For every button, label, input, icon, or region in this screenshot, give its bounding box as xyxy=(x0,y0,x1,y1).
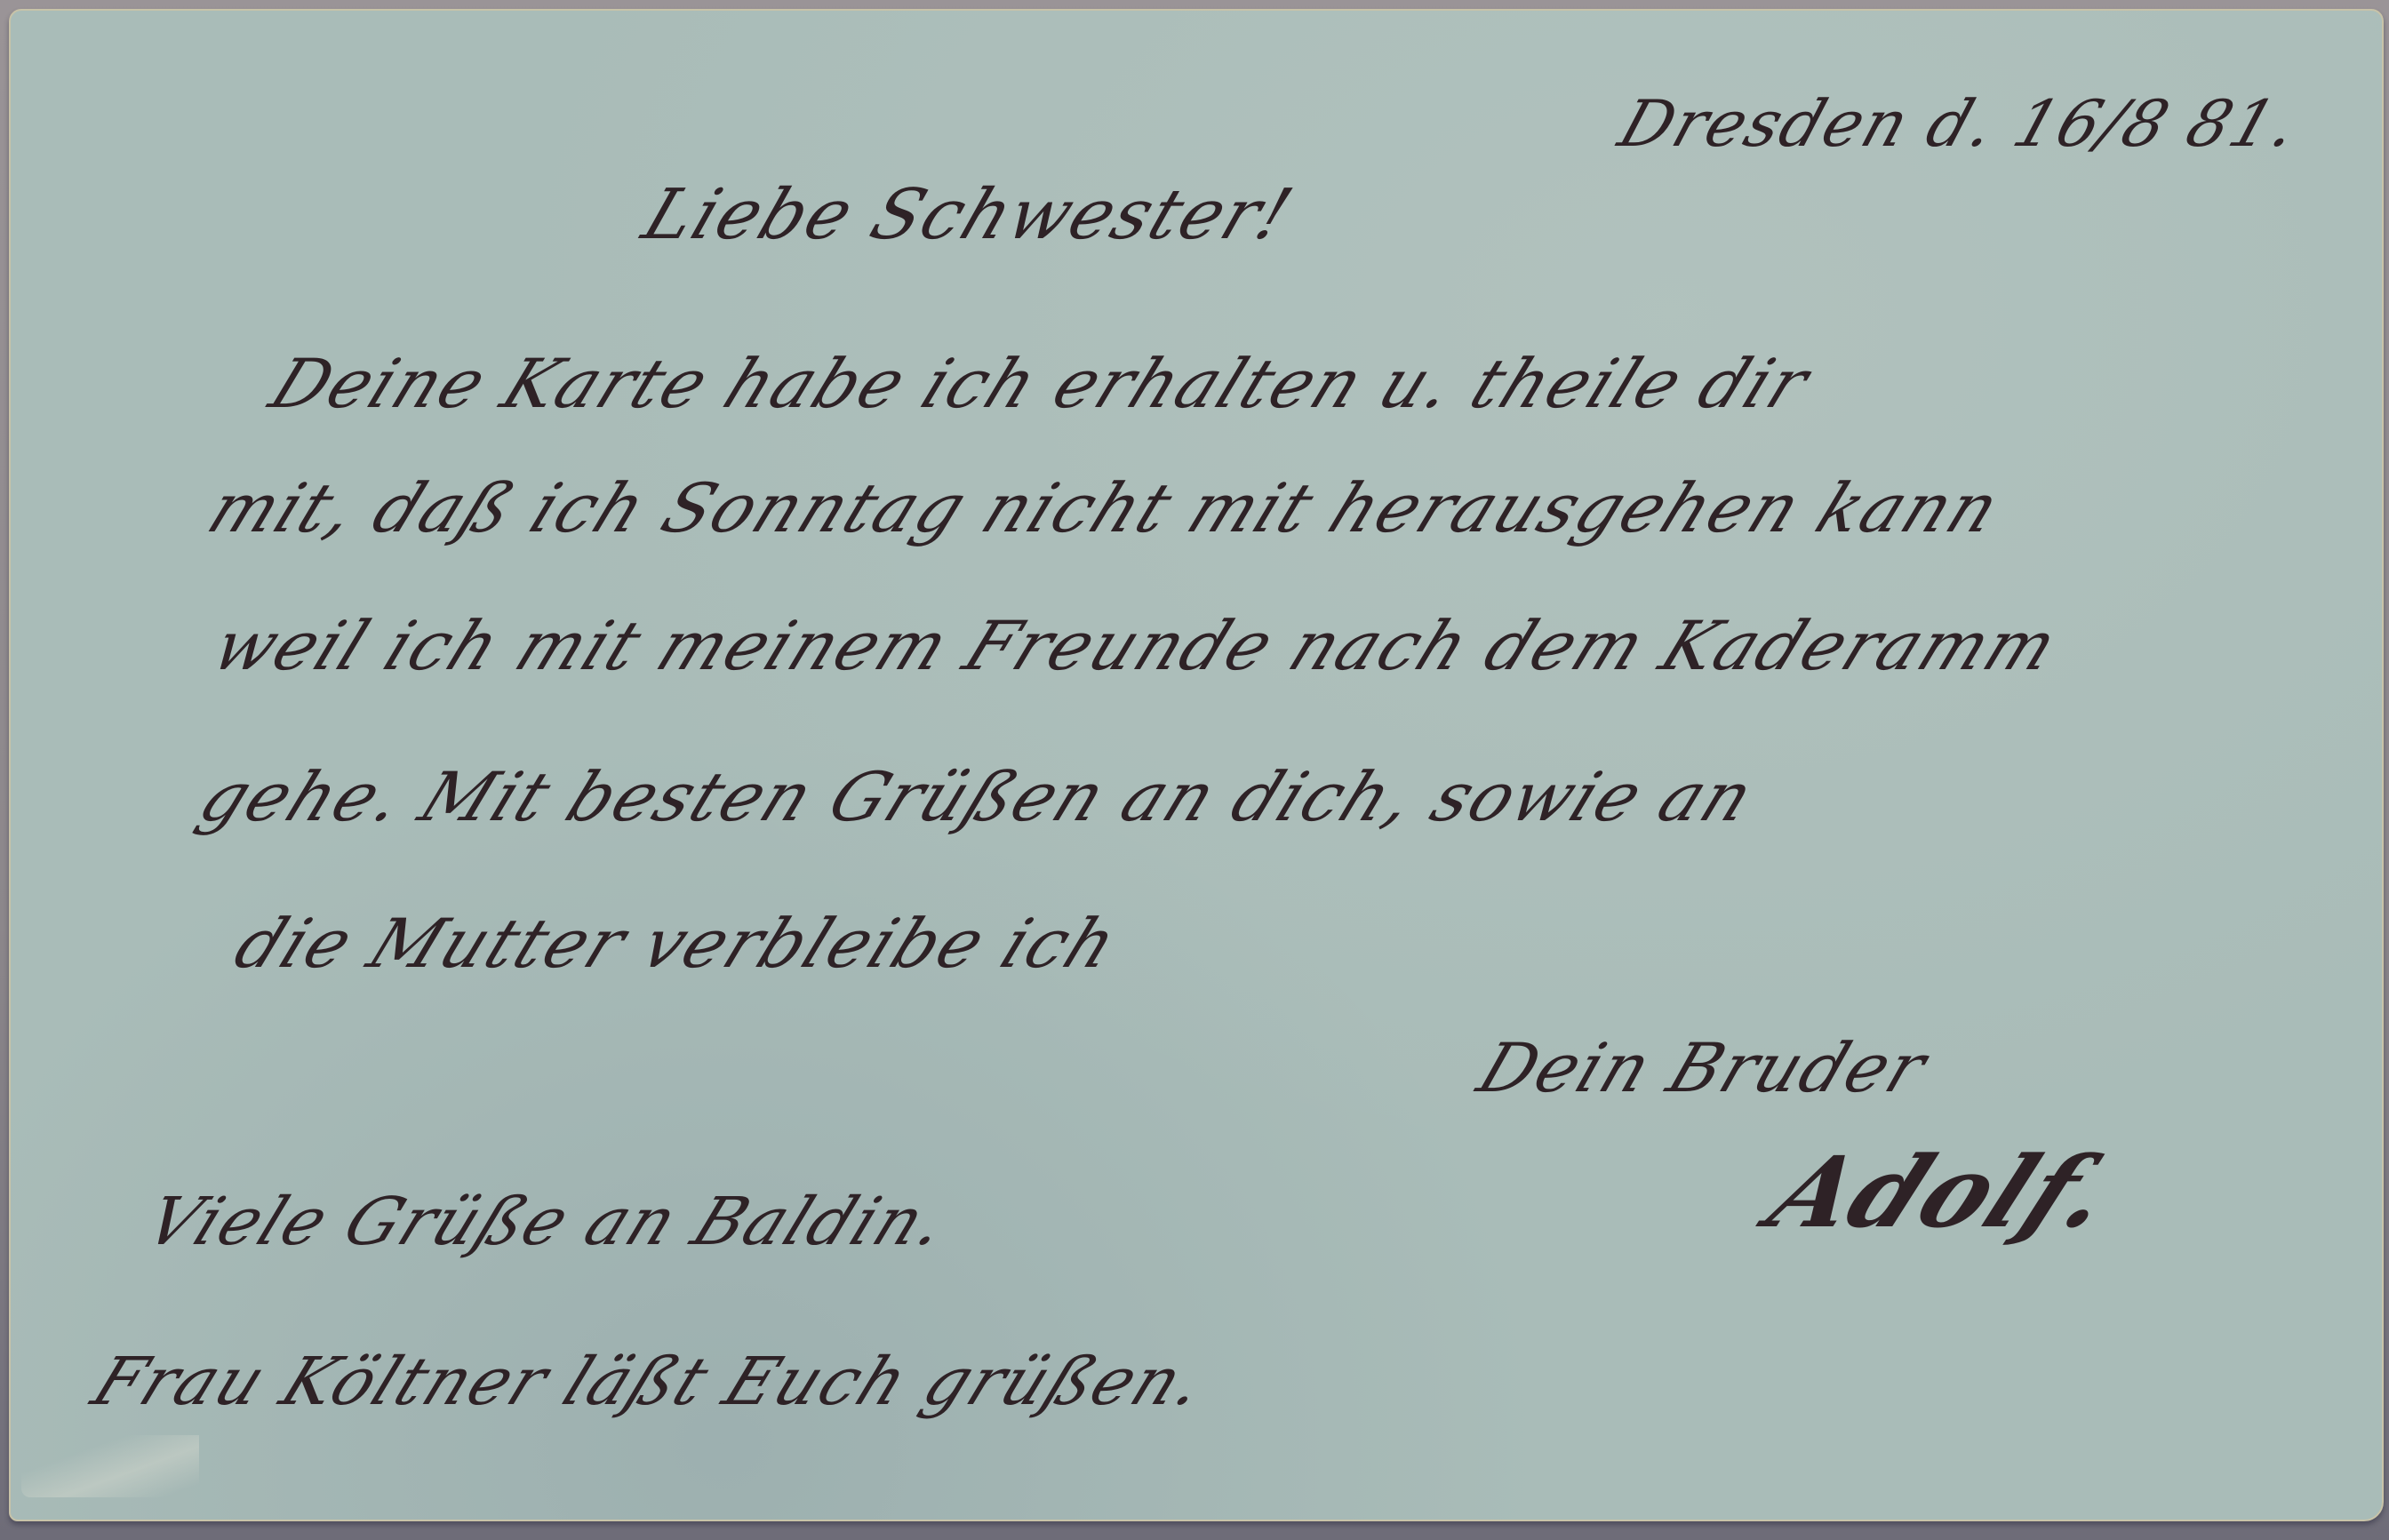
greeting: Liebe Schwester! xyxy=(633,175,1304,255)
postcard: Dresden d. 16/8 81. Liebe Schwester! Dei… xyxy=(9,9,2384,1521)
postscript-line-2: Frau Költner läßt Euch grüßen. xyxy=(82,1344,1218,1420)
body-line-1: Deine Karte habe ich erhalten u. theile … xyxy=(260,344,1822,423)
body-line-4: gehe. Mit besten Grüßen an dich, sowie a… xyxy=(188,757,1766,836)
closing: Dein Bruder xyxy=(1468,1028,1938,1107)
body-line-3: weil ich mit meinem Freunde nach dem Kad… xyxy=(202,606,2070,685)
signature: Adolf. xyxy=(1753,1135,2134,1249)
postscript-line-1: Viele Grüße an Baldin. xyxy=(135,1184,960,1260)
date-line: Dresden d. 16/8 81. xyxy=(1610,86,2309,161)
body-line-5: die Mutter verbleibe ich xyxy=(224,904,1130,983)
worn-corner xyxy=(21,1435,199,1497)
body-line-2: mit, daß ich Sonntag nicht mit herausgeh… xyxy=(197,468,2012,547)
